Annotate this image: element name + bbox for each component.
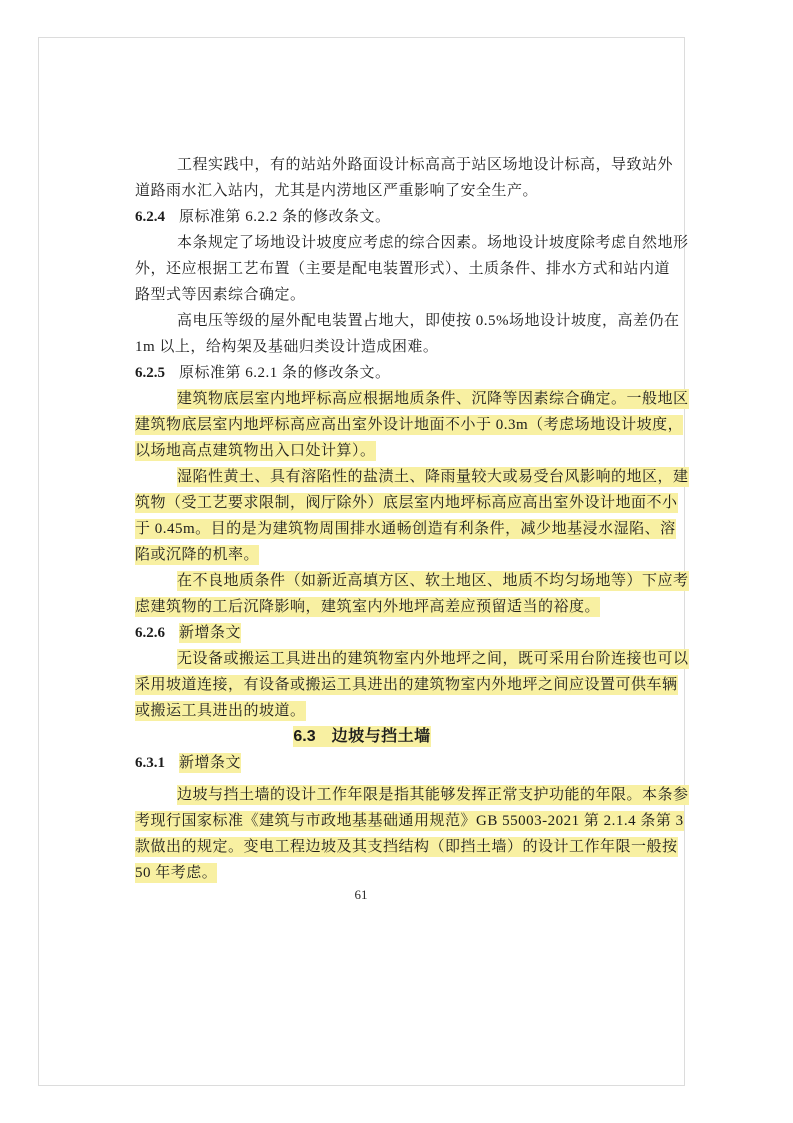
section-heading: 6.3边坡与挡土墙 xyxy=(116,724,608,750)
highlight: 款做出的规定。变电工程边坡及其支挡结构（即挡土墙）的设计工作年限一般按 xyxy=(135,837,678,857)
highlight: 50 年考虑。 xyxy=(135,863,217,883)
highlight: 湿陷性黄土、具有溶陷性的盐渍土、降雨量较大或易受台风影响的地区，建 xyxy=(177,467,689,487)
paragraph-line: 外，还应根据工艺布置（主要是配电装置形式）、土质条件、排水方式和站内道 xyxy=(135,256,627,282)
paragraph-line: 筑物（受工艺要求限制，阀厅除外）底层室内地坪标高应高出室外设计地面不小 xyxy=(135,490,627,516)
paragraph-line: 虑建筑物的工后沉降影响，建筑室内外地坪高差应预留适当的裕度。 xyxy=(135,594,627,620)
highlight: 建筑物底层室内地坪标高应根据地质条件、沉降等因素综合确定。一般地区 xyxy=(177,389,689,409)
paragraph-line: 在不良地质条件（如新近高填方区、软土地区、地质不均匀场地等）下应考 xyxy=(135,568,627,594)
highlight: 筑物（受工艺要求限制，阀厅除外）底层室内地坪标高应高出室外设计地面不小 xyxy=(135,493,678,513)
paragraph: 本条规定了场地设计坡度应考虑的综合因素。场地设计坡度除考虑自然地形 外，还应根据… xyxy=(135,230,627,308)
section-heading-text: 边坡与挡土墙 xyxy=(332,728,431,745)
highlight: 边坡与挡土墙的设计工作年限是指其能够发挥正常支护功能的年限。本条参 xyxy=(177,785,689,805)
paragraph: 工程实践中，有的站站外路面设计标高高于站区场地设计标高，导致站外 道路雨水汇入站… xyxy=(135,152,627,204)
page-number: 61 xyxy=(38,882,684,908)
paragraph-line: 道路雨水汇入站内，尤其是内涝地区严重影响了安全生产。 xyxy=(135,178,627,204)
clause-heading: 6.2.4原标准第 6.2.2 条的修改条文。 xyxy=(135,204,627,230)
clause-heading: 6.2.6新增条文 xyxy=(135,620,627,646)
section-number: 6.3 xyxy=(293,728,315,745)
highlight: 虑建筑物的工后沉降影响，建筑室内外地坪高差应预留适当的裕度。 xyxy=(135,597,600,617)
clause-heading-text: 原标准第 6.2.1 条的修改条文。 xyxy=(179,365,391,381)
paragraph-line: 于 0.45m。目的是为建筑物周围排水通畅创造有利条件，减少地基浸水湿陷、溶 xyxy=(135,516,627,542)
document-page: 工程实践中，有的站站外路面设计标高高于站区场地设计标高，导致站外 道路雨水汇入站… xyxy=(0,0,793,1123)
paragraph-line: 高电压等级的屋外配电装置占地大，即使按 0.5%场地设计坡度，高差仍在 xyxy=(135,308,627,334)
paragraph-line: 陷或沉降的机率。 xyxy=(135,542,627,568)
paragraph-line: 湿陷性黄土、具有溶陷性的盐渍土、降雨量较大或易受台风影响的地区，建 xyxy=(135,464,627,490)
paragraph-highlighted: 建筑物底层室内地坪标高应根据地质条件、沉降等因素综合确定。一般地区 建筑物底层室… xyxy=(135,386,627,464)
paragraph-line: 以场地高点建筑物出入口处计算）。 xyxy=(135,438,627,464)
paragraph-highlighted: 湿陷性黄土、具有溶陷性的盐渍土、降雨量较大或易受台风影响的地区，建 筑物（受工艺… xyxy=(135,464,627,568)
highlight: 在不良地质条件（如新近高填方区、软土地区、地质不均匀场地等）下应考 xyxy=(177,571,689,591)
paragraph-highlighted: 无设备或搬运工具进出的建筑物室内外地坪之间，既可采用台阶连接也可以 采用坡道连接… xyxy=(135,646,627,724)
clause-number: 6.2.5 xyxy=(135,365,165,381)
clause-number: 6.3.1 xyxy=(135,755,165,771)
paragraph-line: 建筑物底层室内地坪标高应根据地质条件、沉降等因素综合确定。一般地区 xyxy=(135,386,627,412)
clause-heading-text: 新增条文 xyxy=(179,623,241,643)
clause-number: 6.2.6 xyxy=(135,625,165,641)
highlight: 6.3边坡与挡土墙 xyxy=(293,726,430,747)
paragraph-line: 采用坡道连接，有设备或搬运工具进出的建筑物室内外地坪之间应设置可供车辆 xyxy=(135,672,627,698)
clause-heading-text: 原标准第 6.2.2 条的修改条文。 xyxy=(179,209,391,225)
highlight: 无设备或搬运工具进出的建筑物室内外地坪之间，既可采用台阶连接也可以 xyxy=(177,649,689,669)
paragraph-line: 1m 以上，给构架及基础归类设计造成困难。 xyxy=(135,334,627,360)
highlight: 建筑物底层室内地坪标高应高出室外设计地面不小于 0.3m（考虑场地设计坡度， xyxy=(135,415,683,435)
highlight: 以场地高点建筑物出入口处计算）。 xyxy=(135,441,376,461)
document-body: 工程实践中，有的站站外路面设计标高高于站区场地设计标高，导致站外 道路雨水汇入站… xyxy=(135,152,627,886)
clause-heading: 6.2.5原标准第 6.2.1 条的修改条文。 xyxy=(135,360,627,386)
paragraph-line: 考现行国家标准《建筑与市政地基基础通用规范》GB 55003-2021 第 2.… xyxy=(135,808,627,834)
paragraph-line: 工程实践中，有的站站外路面设计标高高于站区场地设计标高，导致站外 xyxy=(135,152,627,178)
highlight: 陷或沉降的机率。 xyxy=(135,545,259,565)
highlight: 考现行国家标准《建筑与市政地基基础通用规范》GB 55003-2021 第 2.… xyxy=(135,811,684,831)
paragraph-line: 或搬运工具进出的坡道。 xyxy=(135,698,627,724)
paragraph: 高电压等级的屋外配电装置占地大，即使按 0.5%场地设计坡度，高差仍在 1m 以… xyxy=(135,308,627,360)
paragraph-highlighted: 边坡与挡土墙的设计工作年限是指其能够发挥正常支护功能的年限。本条参 考现行国家标… xyxy=(135,782,627,886)
paragraph-line: 本条规定了场地设计坡度应考虑的综合因素。场地设计坡度除考虑自然地形 xyxy=(135,230,627,256)
clause-heading: 6.3.1新增条文 xyxy=(135,750,627,776)
highlight: 或搬运工具进出的坡道。 xyxy=(135,701,306,721)
paragraph-line: 无设备或搬运工具进出的建筑物室内外地坪之间，既可采用台阶连接也可以 xyxy=(135,646,627,672)
clause-number: 6.2.4 xyxy=(135,209,165,225)
paragraph-line: 边坡与挡土墙的设计工作年限是指其能够发挥正常支护功能的年限。本条参 xyxy=(135,782,627,808)
paragraph-highlighted: 在不良地质条件（如新近高填方区、软土地区、地质不均匀场地等）下应考 虑建筑物的工… xyxy=(135,568,627,620)
paragraph-line: 路型式等因素综合确定。 xyxy=(135,282,627,308)
highlight: 采用坡道连接，有设备或搬运工具进出的建筑物室内外地坪之间应设置可供车辆 xyxy=(135,675,678,695)
paragraph-line: 款做出的规定。变电工程边坡及其支挡结构（即挡土墙）的设计工作年限一般按 xyxy=(135,834,627,860)
highlight: 于 0.45m。目的是为建筑物周围排水通畅创造有利条件，减少地基浸水湿陷、溶 xyxy=(135,519,676,539)
paragraph-line: 建筑物底层室内地坪标高应高出室外设计地面不小于 0.3m（考虑场地设计坡度， xyxy=(135,412,627,438)
clause-heading-text: 新增条文 xyxy=(179,753,241,773)
